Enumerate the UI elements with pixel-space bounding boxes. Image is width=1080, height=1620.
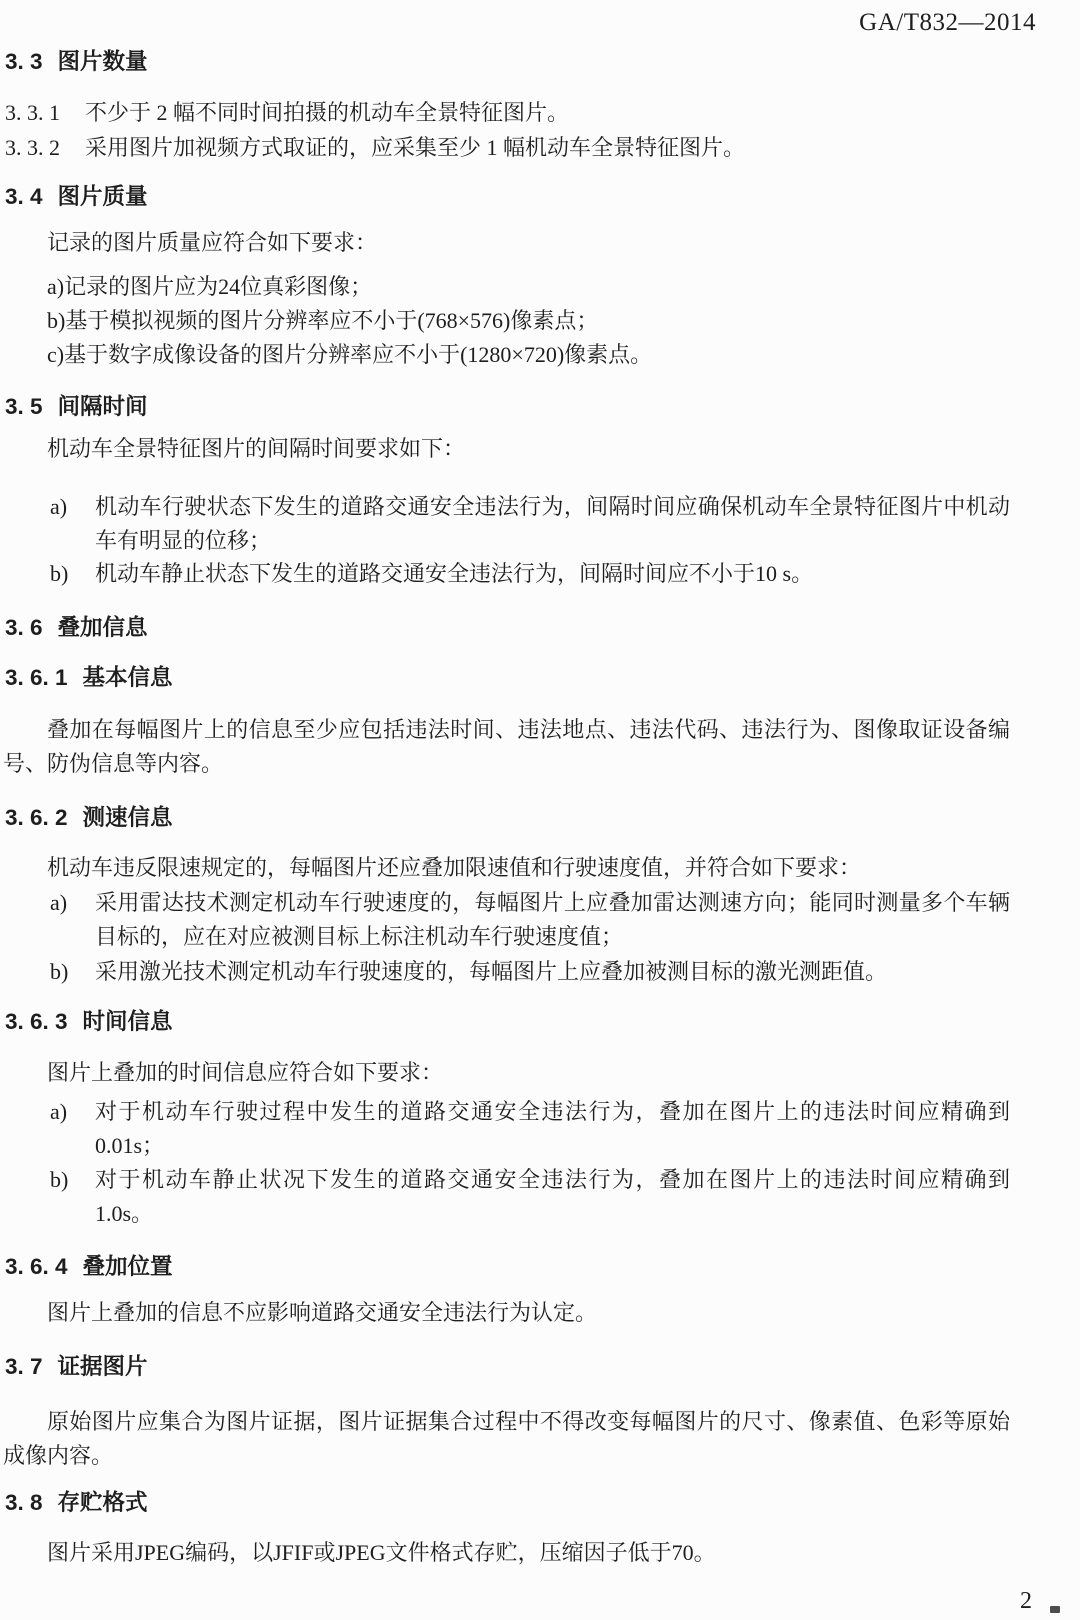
para-3-6-2-intro: 机动车违反限速规定的，每幅图片还应叠加限速值和行驶速度值，并符合如下要求： — [47, 851, 1010, 885]
heading-number: 3. 3 — [5, 45, 43, 79]
heading-title: 图片数量 — [58, 45, 148, 79]
heading-number: 3. 6. 1 — [5, 661, 68, 695]
heading-title: 存贮格式 — [58, 1486, 148, 1520]
section-heading-3-8: 3. 8 存贮格式 — [5, 1486, 148, 1520]
clause-number: 3. 3. 1 — [5, 96, 85, 130]
list-item-a: a) 对于机动车行驶过程中发生的道路交通安全违法行为，叠加在图片上的违法时间应精… — [50, 1095, 1010, 1163]
heading-number: 3. 5 — [5, 390, 43, 424]
section-heading-3-6-3: 3. 6. 3 时间信息 — [5, 1005, 173, 1039]
para-3-6-3-intro: 图片上叠加的时间信息应符合如下要求： — [47, 1056, 1010, 1090]
list-text: 对于机动车行驶过程中发生的道路交通安全违法行为，叠加在图片上的违法时间应精确到0… — [95, 1095, 1010, 1163]
clause-3-3-2: 3. 3. 2 采用图片加视频方式取证的，应采集至少 1 幅机动车全景特征图片。 — [5, 131, 1010, 165]
para-3-6-4: 图片上叠加的信息不应影响道路交通安全违法行为认定。 — [47, 1296, 1010, 1330]
clause-text: 采用图片加视频方式取证的，应采集至少 1 幅机动车全景特征图片。 — [85, 131, 1010, 165]
list-text: 机动车行驶状态下发生的道路交通安全违法行为，间隔时间应确保机动车全景特征图片中机… — [95, 490, 1010, 558]
heading-number: 3. 6. 3 — [5, 1005, 68, 1039]
list-item-b: b)基于模拟视频的图片分辨率应不小于(768×576)像素点； — [47, 304, 1010, 338]
heading-title: 时间信息 — [83, 1005, 173, 1039]
list-label: b) — [50, 557, 95, 591]
list-item-a: a) 机动车行驶状态下发生的道路交通安全违法行为，间隔时间应确保机动车全景特征图… — [50, 490, 1010, 558]
heading-title: 基本信息 — [83, 661, 173, 695]
list-text: 采用激光技术测定机动车行驶速度的，每幅图片上应叠加被测目标的激光测距值。 — [95, 955, 1010, 989]
heading-number: 3. 6. 4 — [5, 1250, 68, 1284]
section-heading-3-6-1: 3. 6. 1 基本信息 — [5, 661, 173, 695]
section-heading-3-3: 3. 3 图片数量 — [5, 45, 148, 79]
section-heading-3-6-4: 3. 6. 4 叠加位置 — [5, 1250, 173, 1284]
para-3-8: 图片采用JPEG编码，以JFIF或JPEG文件格式存贮，压缩因子低于70。 — [47, 1536, 1010, 1570]
list-text: 对于机动车静止状况下发生的道路交通安全违法行为，叠加在图片上的违法时间应精确到1… — [95, 1163, 1010, 1231]
heading-number: 3. 6. 2 — [5, 801, 68, 835]
list-item-b: b) 采用激光技术测定机动车行驶速度的，每幅图片上应叠加被测目标的激光测距值。 — [50, 955, 1010, 989]
section-heading-3-6-2: 3. 6. 2 测速信息 — [5, 801, 173, 835]
list-label: a) — [50, 886, 95, 954]
heading-title: 叠加位置 — [83, 1250, 173, 1284]
para-3-6-1: 叠加在每幅图片上的信息至少应包括违法时间、违法地点、违法代码、违法行为、图像取证… — [3, 713, 1010, 781]
list-item-c: c)基于数字成像设备的图片分辨率应不小于(1280×720)像素点。 — [47, 338, 1010, 372]
list-label: a) — [50, 1095, 95, 1163]
section-heading-3-7: 3. 7 证据图片 — [5, 1350, 148, 1384]
heading-title: 间隔时间 — [58, 390, 148, 424]
list-label: b) — [50, 955, 95, 989]
heading-title: 叠加信息 — [58, 611, 148, 645]
clause-3-3-1: 3. 3. 1 不少于 2 幅不同时间拍摄的机动车全景特征图片。 — [5, 96, 1010, 130]
para-3-5-intro: 机动车全景特征图片的间隔时间要求如下： — [47, 432, 1010, 466]
heading-title: 图片质量 — [58, 180, 148, 214]
list-text: 采用雷达技术测定机动车行驶速度的，每幅图片上应叠加雷达测速方向；能同时测量多个车… — [95, 886, 1010, 954]
list-item-a: a)记录的图片应为24位真彩图像； — [47, 270, 1010, 304]
heading-number: 3. 4 — [5, 180, 43, 214]
heading-title: 测速信息 — [83, 801, 173, 835]
scan-artifact — [1050, 1606, 1060, 1613]
heading-number: 3. 8 — [5, 1486, 43, 1520]
list-item-a: a) 采用雷达技术测定机动车行驶速度的，每幅图片上应叠加雷达测速方向；能同时测量… — [50, 886, 1010, 954]
para-3-4-intro: 记录的图片质量应符合如下要求： — [47, 226, 1010, 260]
list-label: b) — [50, 1163, 95, 1231]
document-page: GA/T832—2014 3. 3 图片数量 3. 3. 1 不少于 2 幅不同… — [0, 0, 1080, 1620]
section-heading-3-5: 3. 5 间隔时间 — [5, 390, 148, 424]
list-item-b: b) 对于机动车静止状况下发生的道路交通安全违法行为，叠加在图片上的违法时间应精… — [50, 1163, 1010, 1231]
section-heading-3-4: 3. 4 图片质量 — [5, 180, 148, 214]
para-3-7: 原始图片应集合为图片证据，图片证据集合过程中不得改变每幅图片的尺寸、像素值、色彩… — [3, 1405, 1010, 1473]
section-heading-3-6: 3. 6 叠加信息 — [5, 611, 148, 645]
clause-text: 不少于 2 幅不同时间拍摄的机动车全景特征图片。 — [85, 96, 1010, 130]
list-text: 机动车静止状态下发生的道路交通安全违法行为，间隔时间应不小于10 s。 — [95, 557, 1010, 591]
heading-number: 3. 7 — [5, 1350, 43, 1384]
list-item-b: b) 机动车静止状态下发生的道路交通安全违法行为，间隔时间应不小于10 s。 — [50, 557, 1010, 591]
list-label: a) — [50, 490, 95, 558]
doc-code: GA/T832—2014 — [859, 6, 1036, 40]
heading-title: 证据图片 — [58, 1350, 148, 1384]
page-number: 2 — [1020, 1584, 1032, 1618]
clause-number: 3. 3. 2 — [5, 131, 85, 165]
heading-number: 3. 6 — [5, 611, 43, 645]
